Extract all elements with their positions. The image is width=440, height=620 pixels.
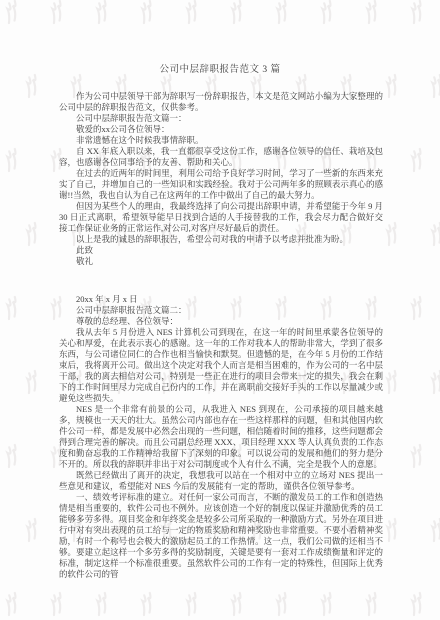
paragraph: 公司中层辞职报告范文篇一： [59, 113, 383, 124]
paragraph: 敬爱的xx公司各位领导： [59, 124, 383, 135]
paragraph: 既然已经做出了离开的决定，我想我可以站在一个相对中立的立场对 NES 提出一些意… [59, 470, 383, 492]
document-body: 作为公司中层领导干部为辞职写一份辞职报告，本文是范文网站小编为大家整理的公司中层… [59, 91, 383, 580]
paragraph: 敬礼 [59, 256, 383, 267]
paragraph: 在过去的近两年的时间里，利用公司给予良好学习时间，学习了一些新的东西来充实了自己… [59, 168, 383, 201]
paragraph: 作为公司中层领导干部为辞职写一份辞职报告，本文是范文网站小编为大家整理的公司中层… [59, 91, 383, 113]
paragraph: 20xx 年 x 月 x 日 [59, 294, 383, 305]
paragraph: 以上是我的诚恳的辞职报告，希望公司对我的申请予以考虑并批准为盼。 [59, 234, 383, 245]
paragraph: 公司中层辞职报告范文篇二： [59, 305, 383, 316]
paragraph: 此致 [59, 245, 383, 256]
document-content: 公司中层辞职报告范文 3 篇 作为公司中层领导干部为辞职写一份辞职报告，本文是范… [0, 0, 440, 620]
document-page: 公司中层辞职报告范文 3 篇 作为公司中层领导干部为辞职写一份辞职报告，本文是范… [0, 0, 440, 620]
paragraph: NES 是一个非常有前景的公司，从我进入 NES 到现在，公司承接的项目越来越多… [59, 404, 383, 470]
paragraph: 但因为某些个人的理由，我最终选择了向公司提出辞职申请，并希望能于今年 9 月 3… [59, 201, 383, 234]
paragraph: 尊敬的总经理、各位领导： [59, 316, 383, 327]
paragraph: 自 XX 年底入职以来，我一直都很享受这份工作，感谢各位领导的信任、栽培及包容，… [59, 146, 383, 168]
paragraph: 非常遗憾在这个时候我事情辞职。 [59, 135, 383, 146]
paragraph: 一、绩效考评标准的建立。对任何一家公司而言，不断的激发员工的工作和创造热情是相当… [59, 492, 383, 580]
paragraph: 我从去年 5 月份进入 NES 计算机公司到现在，在这一年的时间里承蒙各位领导的… [59, 327, 383, 404]
document-title: 公司中层辞职报告范文 3 篇 [0, 61, 440, 75]
